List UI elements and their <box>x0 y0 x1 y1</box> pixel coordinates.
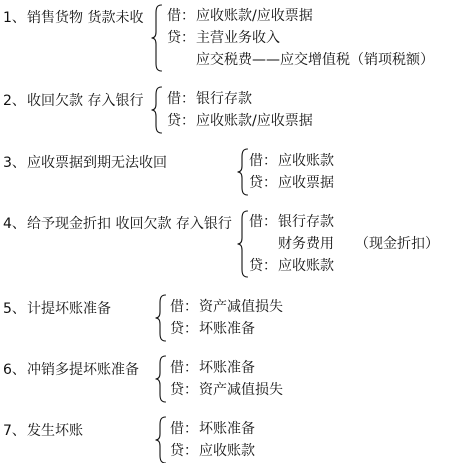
entry-text: 应收账款 <box>199 443 255 459</box>
entry-line: 借：应收账款/应收票据 <box>167 5 434 27</box>
entry-line: 贷：应收票据 <box>249 172 334 194</box>
item-number: 2、 <box>3 90 26 110</box>
entry-line: 贷：资产减值损失 <box>170 379 283 401</box>
entry-line: 借：资产减值损失 <box>170 296 283 318</box>
item-number: 1、 <box>3 7 26 27</box>
brace-icon <box>154 355 167 403</box>
entry-line: 应交税费——应交增值税（销项税额） <box>167 49 434 71</box>
entry-text: 坏账准备 <box>199 421 255 437</box>
entry-line: 贷：应收账款 <box>170 440 255 462</box>
item-number: 7、 <box>3 420 26 440</box>
entry-text: 财务费用 <box>278 236 334 252</box>
entry-text: 资产减值损失 <box>199 299 283 315</box>
entry-text: 银行存款 <box>196 91 252 107</box>
item-label: 冲销多提坏账准备 <box>27 359 139 379</box>
item-number: 3、 <box>3 152 26 172</box>
accounting-notes-document: 1、 销售货物 货款未收 借：应收账款/应收票据 贷：主营业务收入 应交税费——… <box>0 0 451 463</box>
entry-text: 应收账款 <box>278 258 334 274</box>
entry-text: 坏账准备 <box>199 360 255 376</box>
entry-line: 借：银行存款 <box>249 211 439 233</box>
brace-icon <box>154 416 167 463</box>
entry-prefix: 借： <box>167 88 196 110</box>
item-number: 4、 <box>3 213 26 233</box>
brace-icon <box>154 294 167 342</box>
entry-line: 借：坏账准备 <box>170 357 283 379</box>
item-label: 应收票据到期无法收回 <box>27 152 167 172</box>
entry-prefix: 借： <box>170 296 199 318</box>
entry-text: 银行存款 <box>278 214 334 230</box>
entry-line: 贷：坏账准备 <box>170 318 283 340</box>
entry-text: 应收账款/应收票据 <box>196 8 313 24</box>
entry-prefix: 贷： <box>167 110 196 132</box>
item-label: 给予现金折扣 收回欠款 存入银行 <box>27 213 232 233</box>
entry-text: 坏账准备 <box>199 321 255 337</box>
entry-line: 借：银行存款 <box>167 88 313 110</box>
brace-icon <box>150 86 163 134</box>
entry-line: 借：坏账准备 <box>170 418 255 440</box>
entry-text: 主营业务收入 <box>196 30 280 46</box>
entry-prefix: 贷： <box>170 379 199 401</box>
item-label: 销售货物 货款未收 <box>27 7 143 27</box>
entry-line: 财务费用（现金折扣） <box>249 233 439 255</box>
entry-line: 借：应收账款 <box>249 150 334 172</box>
entry-text: 资产减值损失 <box>199 382 283 398</box>
entry-prefix: 贷： <box>167 27 196 49</box>
entry-prefix: 借： <box>249 150 278 172</box>
entry-prefix: 借： <box>170 357 199 379</box>
entry-text: 应收账款 <box>278 153 334 169</box>
entry-prefix: 借： <box>249 211 278 233</box>
item-label: 收回欠款 存入银行 <box>27 90 143 110</box>
entry-text: 应交税费——应交增值税（销项税额） <box>196 52 434 68</box>
item-number: 5、 <box>3 298 26 318</box>
entry-text: 应收账款/应收票据 <box>196 113 313 129</box>
entry-prefix: 贷： <box>249 255 278 277</box>
entry-line: 贷：主营业务收入 <box>167 27 434 49</box>
brace-icon <box>236 210 249 278</box>
entry-prefix: 借： <box>167 5 196 27</box>
entry-prefix: 贷： <box>249 172 278 194</box>
entry-prefix: 贷： <box>170 318 199 340</box>
item-number: 6、 <box>3 359 26 379</box>
entry-note: （现金折扣） <box>355 236 439 252</box>
entry-text: 应收票据 <box>278 175 334 191</box>
entry-prefix: 贷： <box>170 440 199 462</box>
item-label: 计提坏账准备 <box>27 298 111 318</box>
brace-icon <box>236 148 249 196</box>
entry-line: 贷：应收账款/应收票据 <box>167 110 313 132</box>
entry-line: 贷：应收账款 <box>249 255 439 277</box>
brace-icon <box>150 4 163 72</box>
item-label: 发生坏账 <box>27 420 83 440</box>
entry-prefix: 借： <box>170 418 199 440</box>
